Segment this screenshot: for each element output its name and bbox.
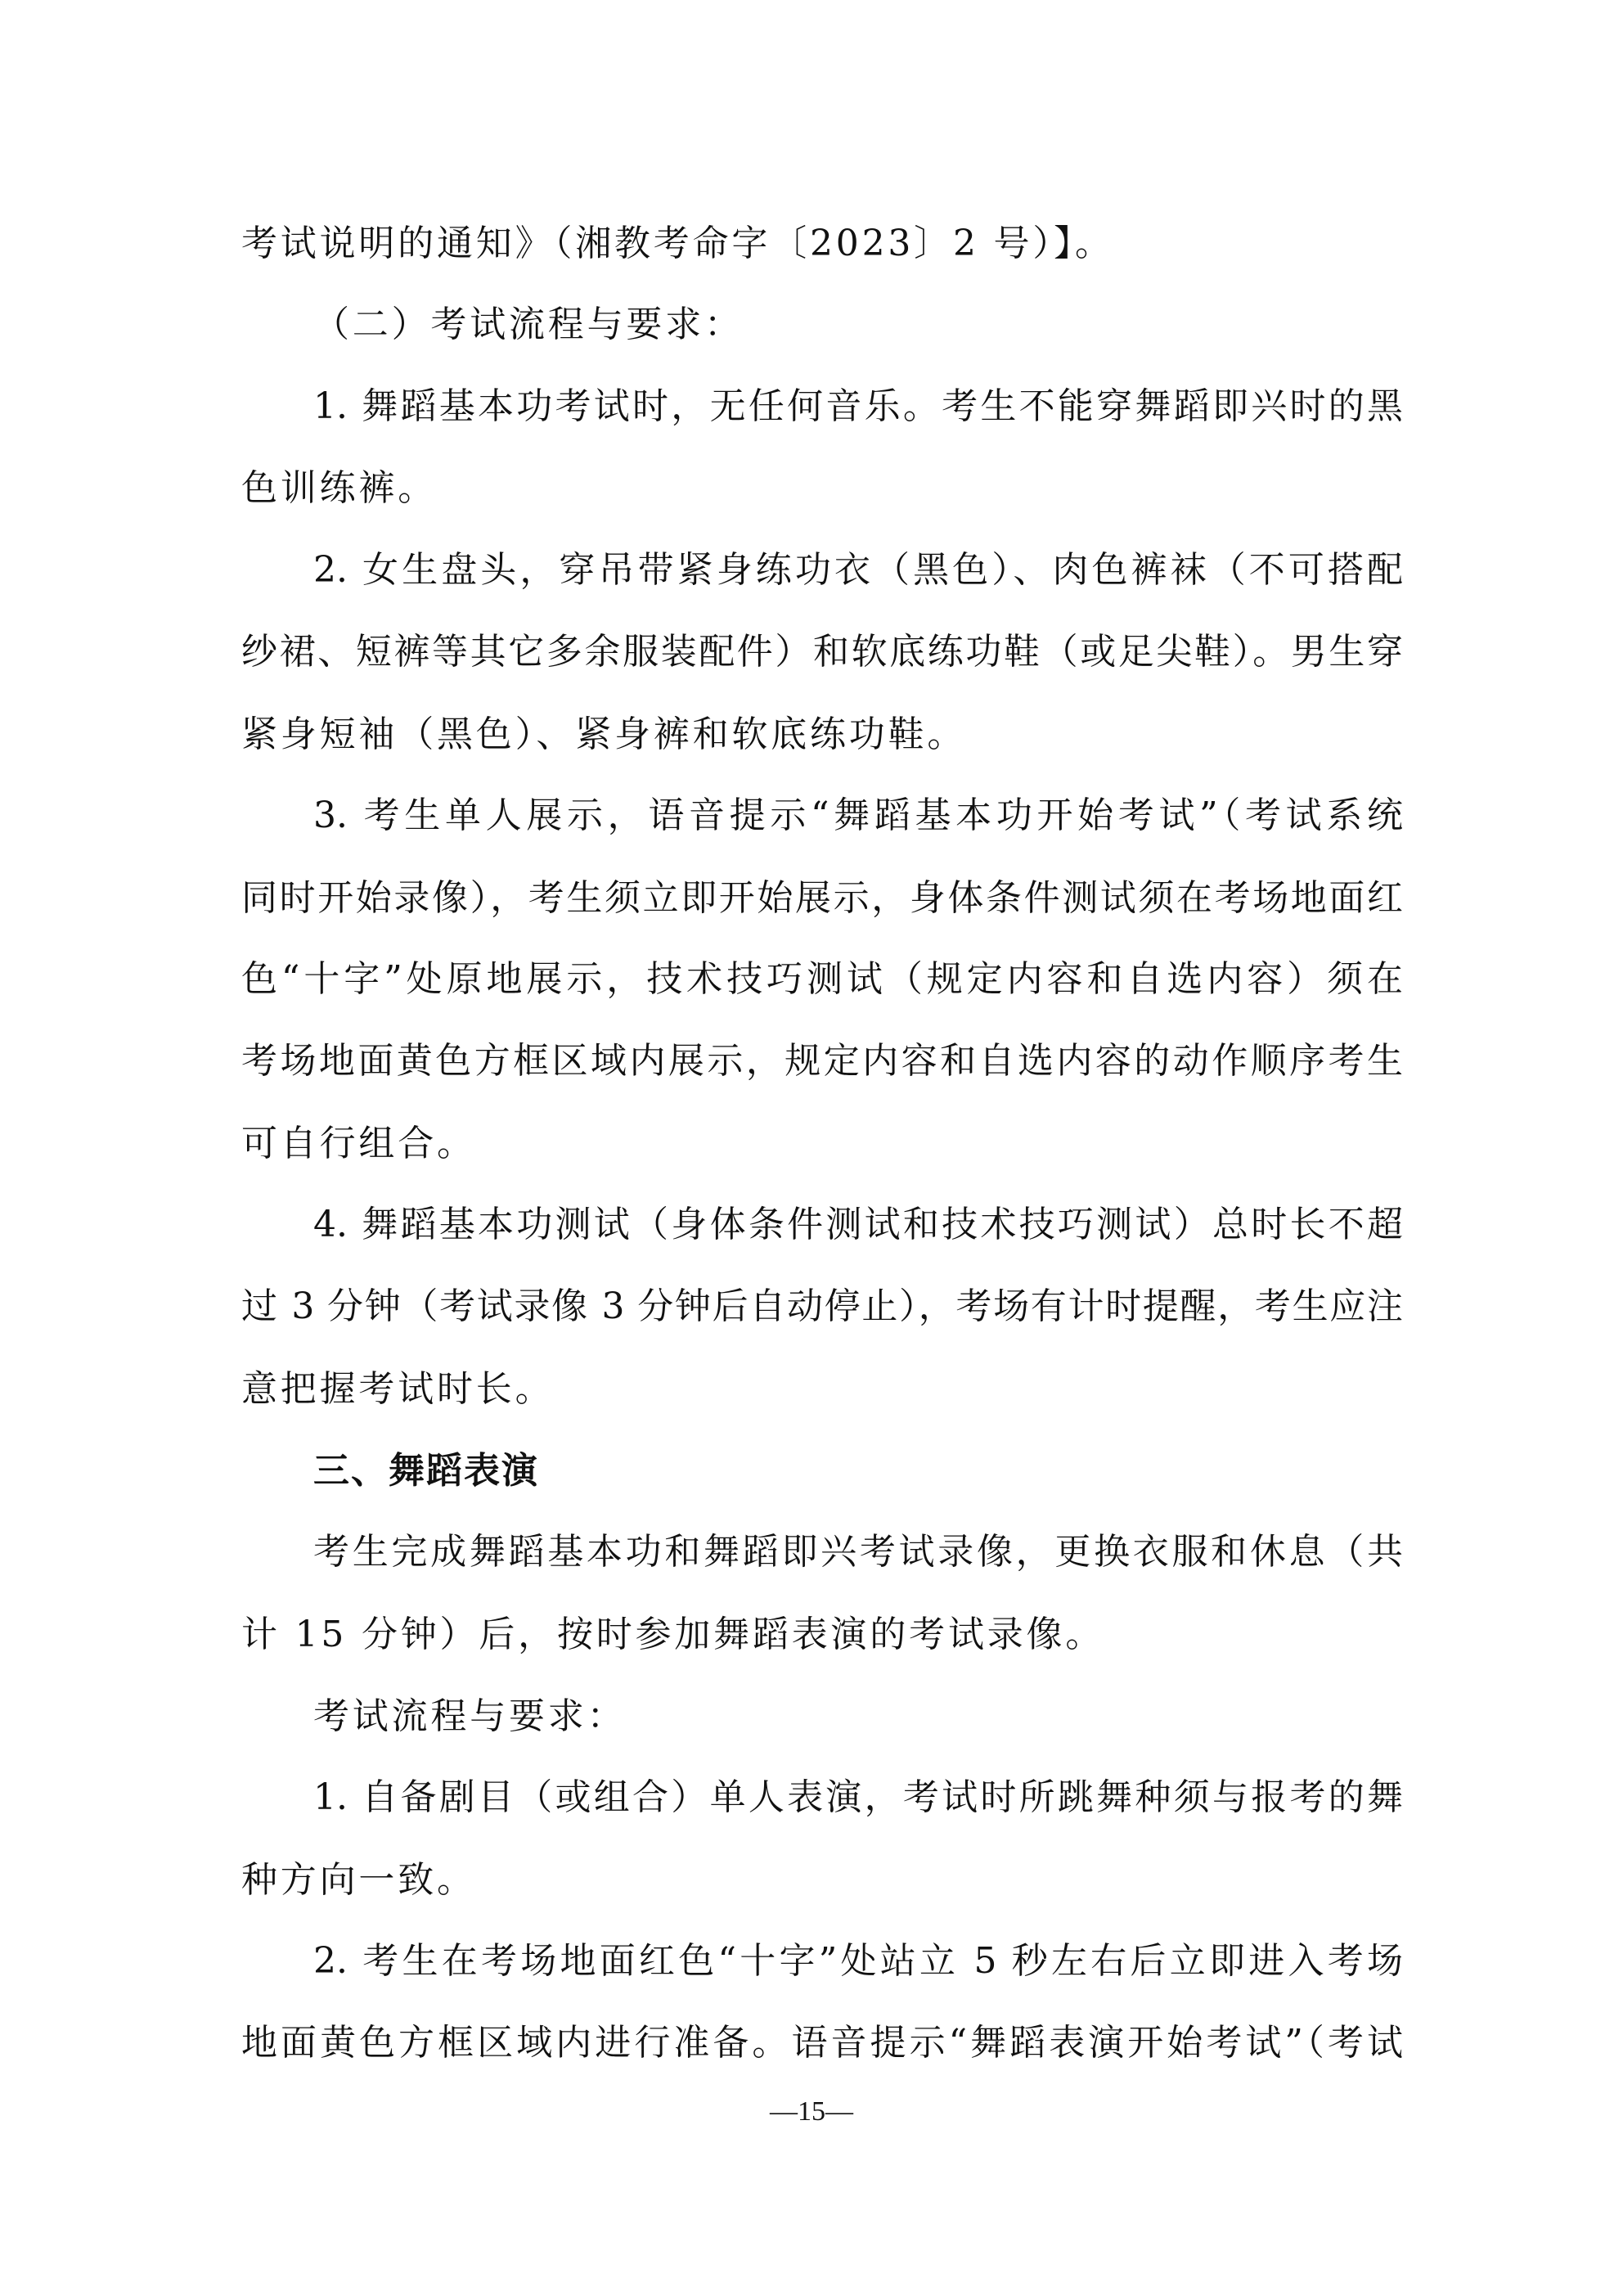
text-line: 考试流程与要求：	[313, 1692, 1403, 1741]
text-line: 考试说明的通知》（湘教考命字〔2023〕2 号）】。	[241, 219, 1403, 268]
text-line: 地面黄色方框区域内进行准备。语音提示“舞蹈表演开始考试”（考试	[241, 2019, 1403, 2068]
text-line: 1. 自备剧目（或组合）单人表演，考试时所跳舞种须与报考的舞	[313, 1773, 1403, 1822]
text-line: 同时开始录像），考生须立即开始展示，身体条件测试须在考场地面红	[241, 874, 1403, 923]
text-line: 种方向一致。	[241, 1856, 1403, 1905]
text-line: （二）考试流程与要求：	[313, 300, 1403, 349]
text-line: 紧身短袖（黑色）、紧身裤和软底练功鞋。	[241, 710, 1403, 759]
text-line: 色训练裤。	[241, 464, 1403, 513]
text-line: 可自行组合。	[241, 1119, 1403, 1168]
page-number: —15—	[0, 2096, 1623, 2127]
text-line: 过 3 分钟（考试录像 3 分钟后自动停止），考场有计时提醒，考生应注	[241, 1282, 1403, 1331]
text-line: 色“十字”处原地展示，技术技巧测试（规定内容和自选内容）须在	[241, 955, 1403, 1004]
text-line: 2. 考生在考场地面红色“十字”处站立 5 秒左右后立即进入考场	[313, 1937, 1403, 1986]
text-line: 计 15 分钟）后，按时参加舞蹈表演的考试录像。	[241, 1610, 1403, 1659]
text-line: 考场地面黄色方框区域内展示，规定内容和自选内容的动作顺序考生	[241, 1037, 1403, 1086]
section-heading: 三、舞蹈表演	[313, 1447, 1403, 1496]
text-line: 意把握考试时长。	[241, 1365, 1403, 1414]
text-line: 2. 女生盘头，穿吊带紧身练功衣（黑色）、肉色裤袜（不可搭配	[313, 546, 1403, 595]
text-line: 1. 舞蹈基本功考试时，无任何音乐。考生不能穿舞蹈即兴时的黑	[313, 382, 1403, 431]
text-line: 考生完成舞蹈基本功和舞蹈即兴考试录像，更换衣服和休息（共	[313, 1528, 1403, 1577]
document-page: 考试说明的通知》（湘教考命字〔2023〕2 号）】。（二）考试流程与要求：1. …	[0, 0, 1623, 2296]
text-line: 纱裙、短裤等其它多余服装配件）和软底练功鞋（或足尖鞋）。男生穿	[241, 628, 1403, 677]
text-line: 4. 舞蹈基本功测试（身体条件测试和技术技巧测试）总时长不超	[313, 1200, 1403, 1249]
text-line: 3. 考生单人展示，语音提示“舞蹈基本功开始考试”（考试系统	[313, 791, 1403, 840]
